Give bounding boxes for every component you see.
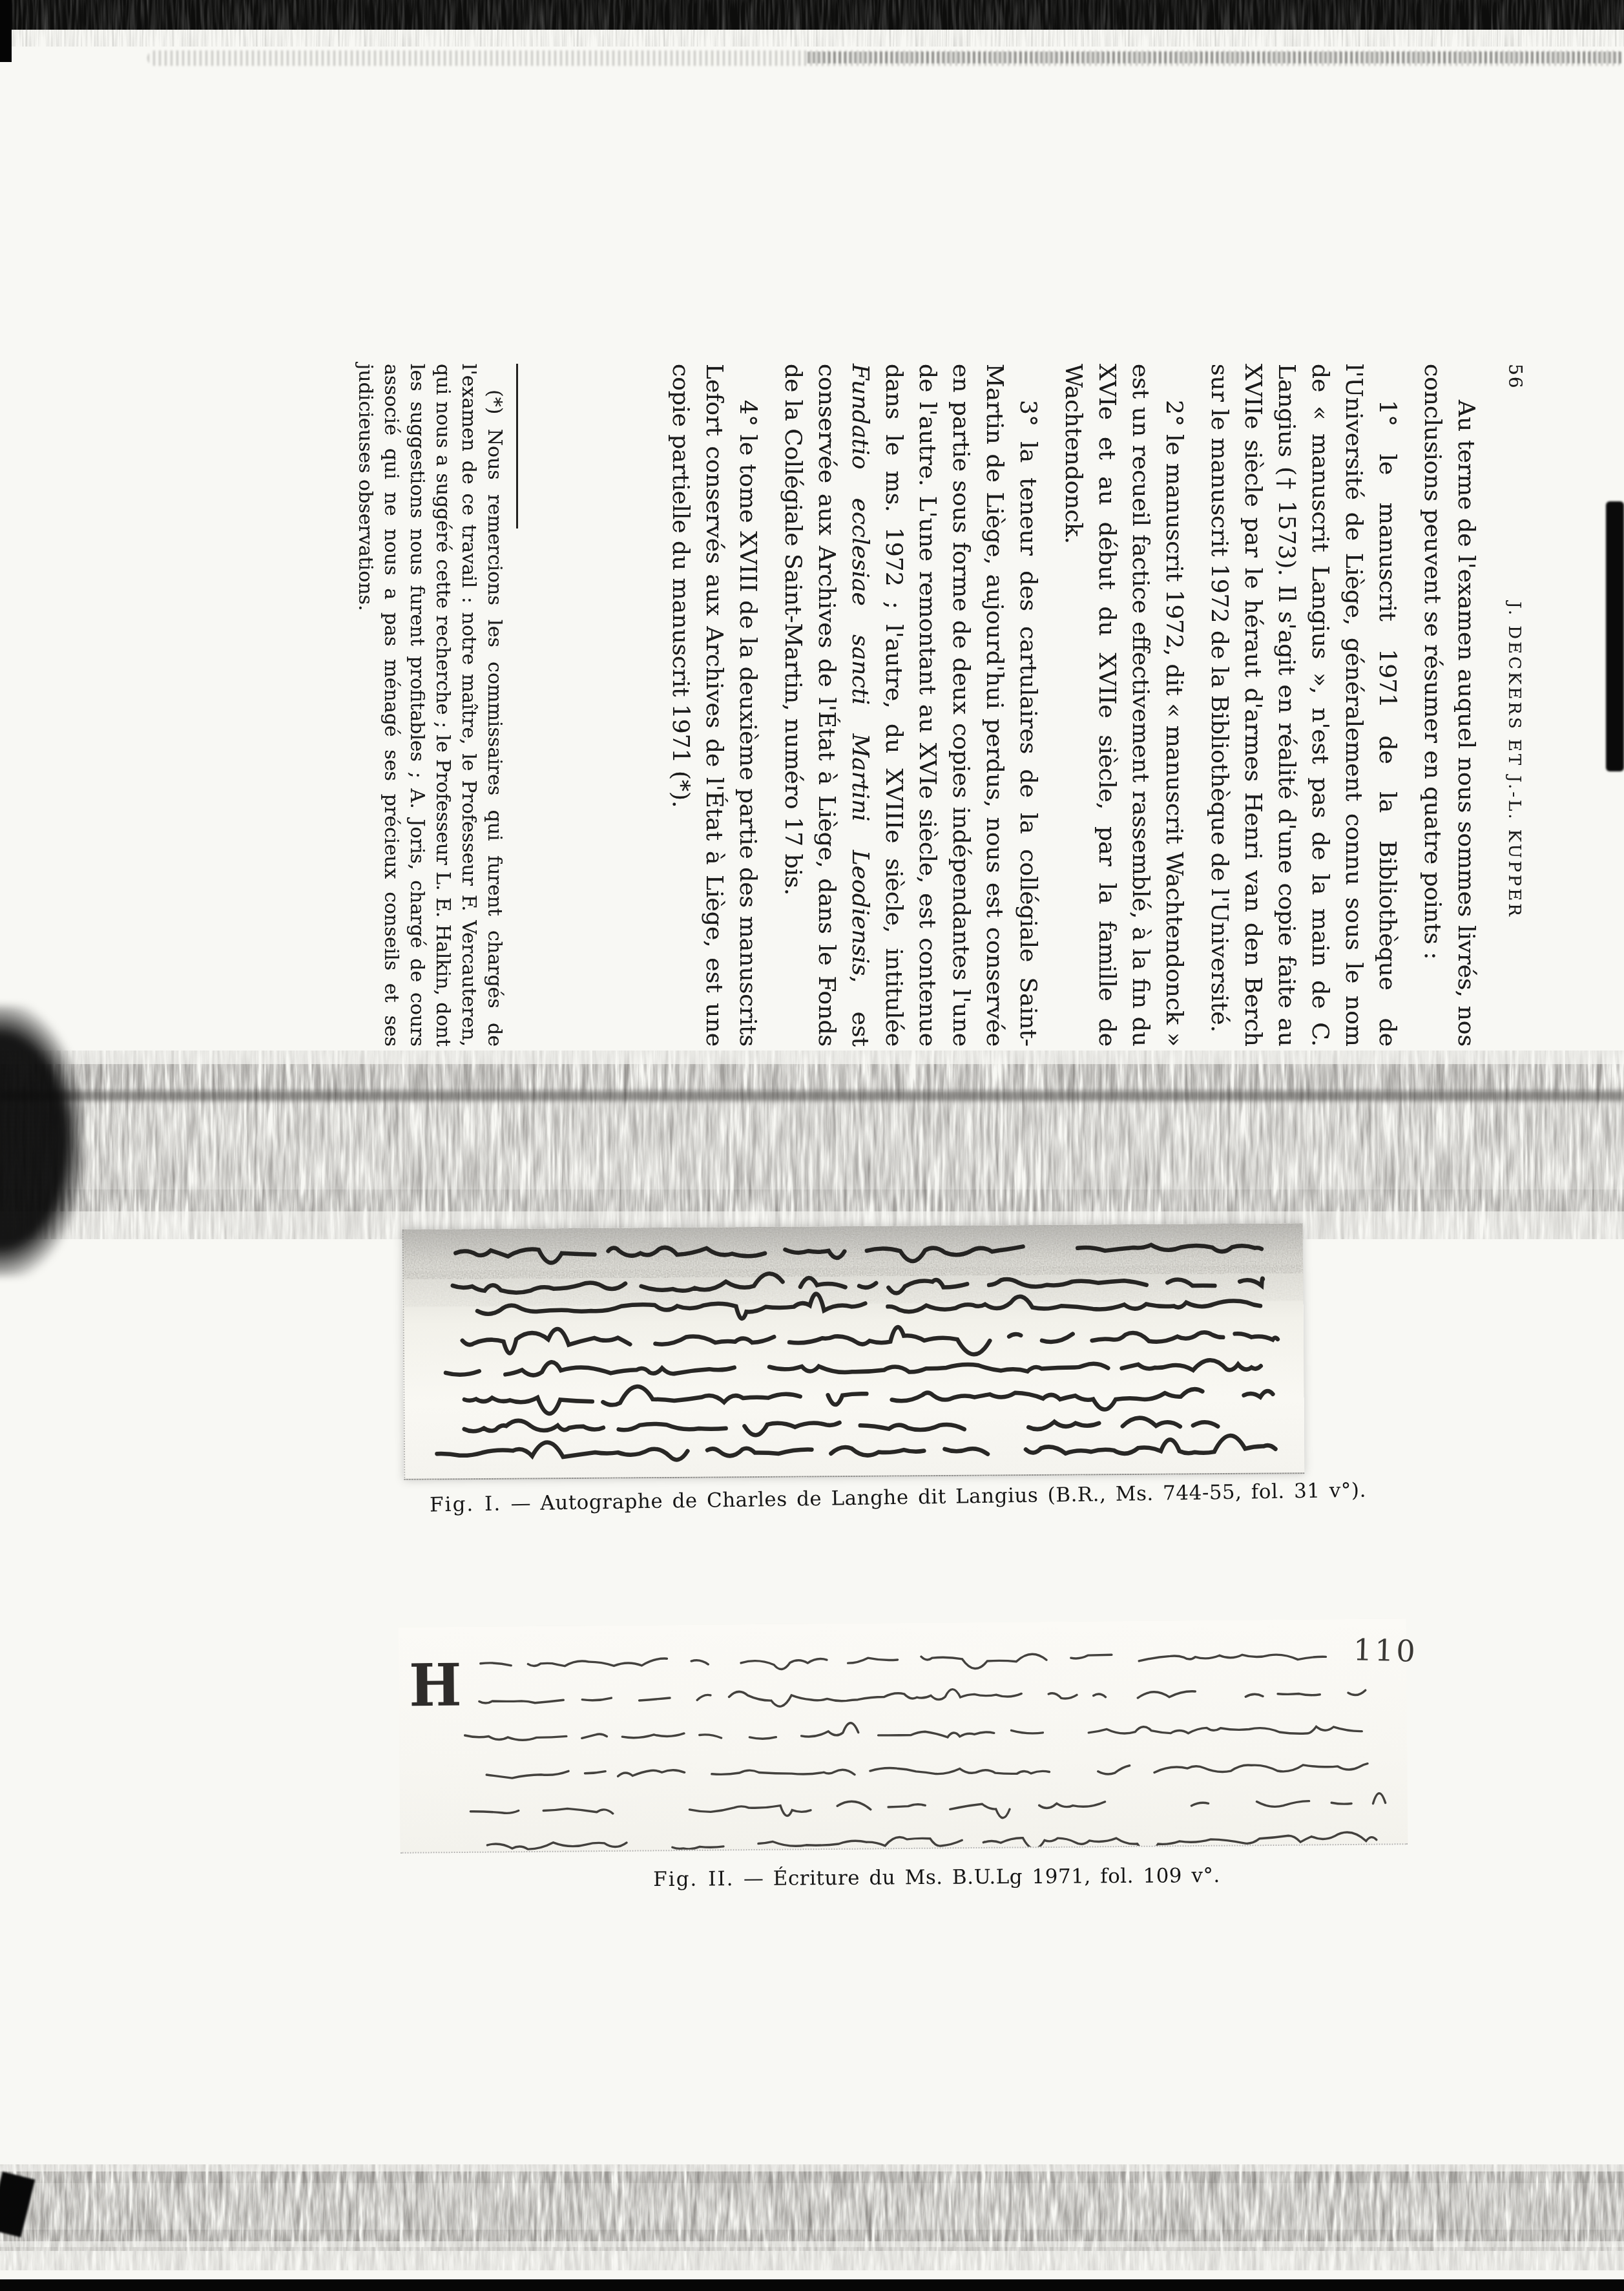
figure2-caption-label: Fig. II. (653, 1867, 734, 1891)
figure2-caption-text: — Écriture du Ms. B.U.Lg 1971, fol. 109 … (744, 1864, 1220, 1890)
book-gutter-left-shadow (0, 1005, 84, 1277)
paragraph-point3-pre: 3° la teneur des cartulaires de la collé… (880, 364, 1041, 1047)
scan-smudge-line-dark (807, 52, 1624, 63)
book-gutter-shadow (0, 1051, 1624, 1239)
figure2-manuscript-image: H 110 (399, 1618, 1408, 1854)
scan-bottom-speckle-fade (0, 2247, 1624, 2270)
scan-top-comb-texture (0, 30, 1624, 47)
scan-top-edge-texture (0, 0, 1624, 30)
figure2-caption: Fig. II. — Écriture du Ms. B.U.Lg 1971, … (265, 1861, 1608, 1894)
paragraph-point4: 4° le tome XVIII de la deuxième partie d… (663, 364, 764, 1047)
paragraph-point3: 3° la teneur des cartulaires de la collé… (776, 364, 1045, 1047)
figure2-handwriting (399, 1618, 1408, 1852)
figure1-handwriting (404, 1223, 1305, 1479)
paragraph-point3-italic-title: Fundatio ecclesiae sancti Martini Leodie… (847, 364, 873, 976)
book-gutter-fold-line (0, 1091, 1624, 1101)
scan-right-edge-streak (1606, 501, 1624, 771)
paragraph-point1: 1° le manuscrit 1971 de la Bibliothèque … (1202, 364, 1404, 1047)
running-head: 56 J. DECKERS ET J.-L. KUPPER (1504, 364, 1526, 1047)
scanned-book-spread: 56 J. DECKERS ET J.-L. KUPPER Au terme d… (0, 0, 1624, 2291)
footnote-text: (*) Nous remercions les commissaires qui… (352, 364, 507, 1047)
rotated-text-page: 56 J. DECKERS ET J.-L. KUPPER Au terme d… (352, 364, 1526, 1047)
paragraph-point2: 2° le manuscrit 1972, dit « manuscrit Wa… (1056, 364, 1191, 1047)
scan-corner-mark (0, 0, 12, 62)
running-title: J. DECKERS ET J.-L. KUPPER (1504, 474, 1524, 1047)
figure1-caption: Fig. I. — Autographe de Charles de Langh… (252, 1476, 1544, 1519)
figure2-initial-letter: H (409, 1651, 462, 1720)
scan-bottom-edge-band (0, 2279, 1624, 2291)
scan-bottom-speckle-band (0, 2164, 1624, 2251)
page-number: 56 (1504, 364, 1526, 474)
paragraph-intro: Au terme de l'examen auquel nous sommes … (1415, 364, 1483, 1047)
figure1-caption-label: Fig. I. (430, 1492, 502, 1517)
footnote-block: (*) Nous remercions les commissaires qui… (352, 364, 518, 1047)
figure1-caption-text: — Autographe de Charles de Langhe dit La… (510, 1479, 1366, 1516)
figure1-manuscript-image (402, 1223, 1305, 1480)
figure2-folio-number: 110 (1353, 1632, 1418, 1669)
footnote-rule (516, 364, 518, 528)
